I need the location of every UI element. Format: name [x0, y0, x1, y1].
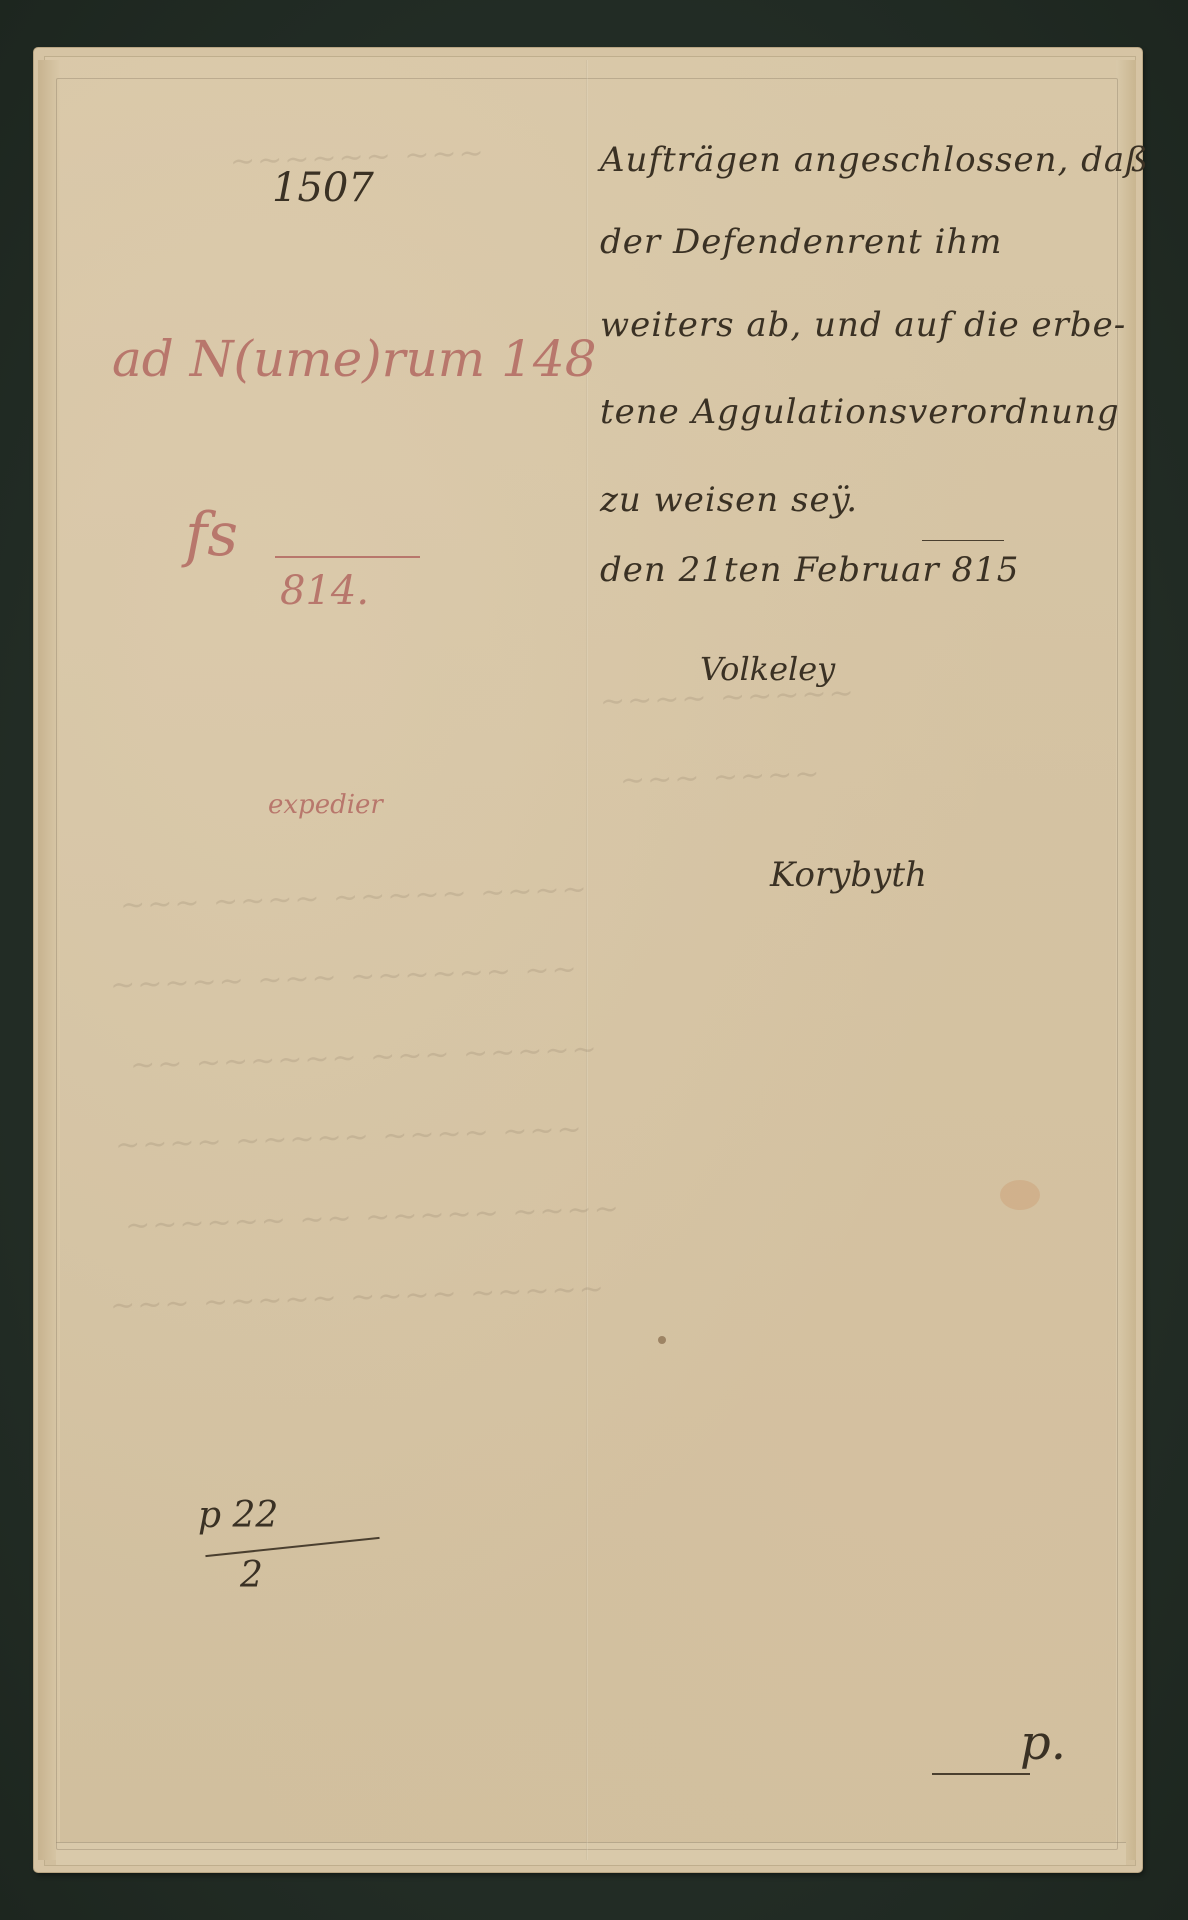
text-line-5: zu weisen seÿ.	[600, 480, 858, 520]
text-line-3: weiters ab, und auf die erbe-	[600, 305, 1126, 345]
left-edge-strip	[38, 60, 60, 1860]
corner-mark-stroke	[932, 1773, 1030, 1775]
date-overline	[922, 540, 1004, 541]
text-line-4: tene Aggulationsverordnung	[600, 392, 1120, 432]
ink-dot	[658, 1336, 666, 1344]
abbreviation-mark: fs	[185, 500, 238, 570]
text-line-1: Aufträgen angeschlossen, daß	[600, 140, 1149, 180]
bottom-edge-strip	[56, 1842, 1126, 1865]
corner-mark: p.	[1020, 1715, 1066, 1771]
page-note-bottom: 2	[240, 1555, 263, 1596]
text-line-2: der Defendenrent ihm	[600, 222, 1002, 262]
bleed-through: ~~~ ~~~~	[619, 756, 822, 798]
page-note-top: p 22	[198, 1495, 278, 1536]
signature-2: Korybyth	[770, 855, 927, 895]
date-line: den 21ten Februar 815	[600, 550, 1019, 590]
stain	[1000, 1180, 1040, 1210]
folio-number: 1507	[272, 165, 374, 211]
reference-number: ad N(ume)rum 148	[112, 330, 597, 388]
sub-number: 814.	[280, 568, 369, 614]
signature-1: Volkeley	[700, 650, 835, 688]
expedition-note: expedier	[268, 790, 383, 820]
fraction-rule	[275, 556, 420, 558]
